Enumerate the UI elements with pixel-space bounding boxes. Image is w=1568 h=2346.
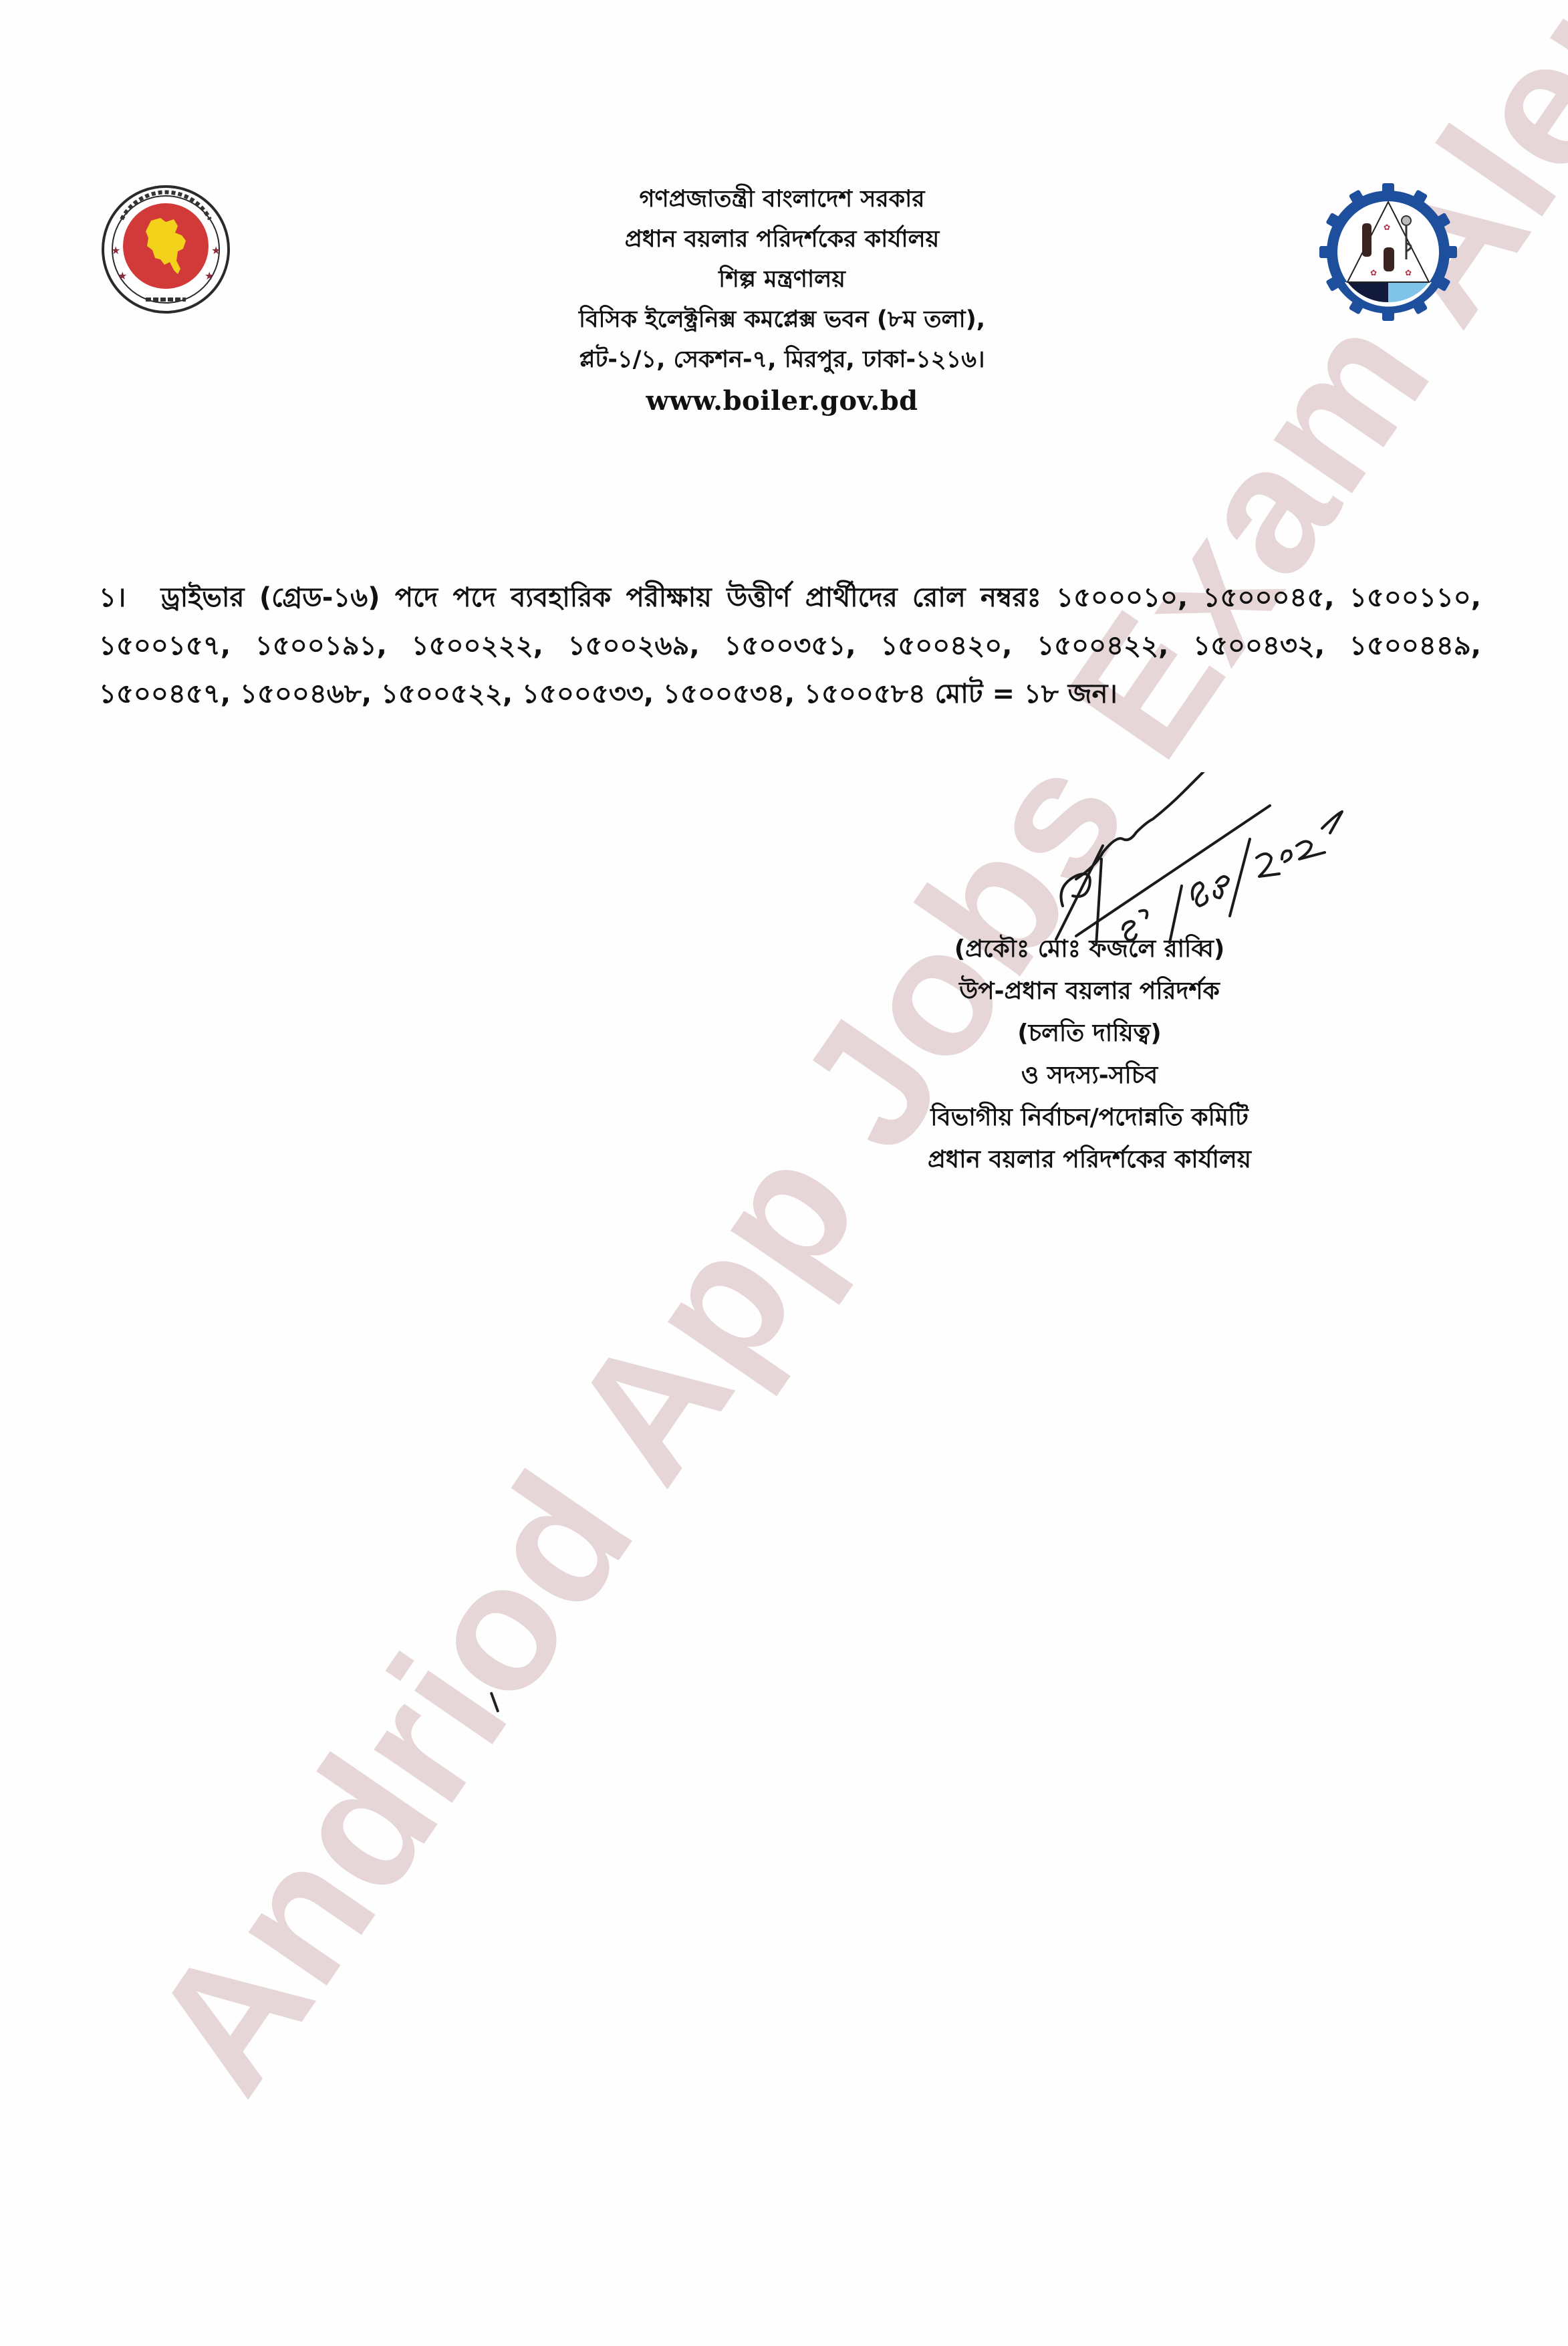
svg-text:★: ★	[118, 269, 127, 282]
item-number: ১।	[99, 574, 146, 622]
roll-number: ১৫০০৪২২,	[1037, 630, 1168, 661]
roll-number: ১৫০০৪৬৮,	[240, 679, 372, 709]
watermark: Andriod App Jobs Exam Alert	[112, 248, 1488, 2125]
address-street: প্লট-১/১, সেকশন-৭, মিরপুর, ঢাকা-১২১৬।	[515, 340, 1049, 380]
roll-number: ১৫০০৫৮৪	[804, 679, 926, 709]
roll-number: ১৫০০০৪৫,	[1203, 582, 1335, 613]
roll-number: ১৫০০৫৩৪,	[663, 679, 795, 709]
ministry-name: শিল্প মন্ত্রণালয়	[515, 259, 1049, 300]
total-count: মোট = ১৮ জন।	[935, 679, 1118, 709]
signatory-block: (প্রকৌঃ মোঃ ফজলে রাব্বি) উপ-প্রধান বয়লা…	[882, 928, 1297, 1181]
svg-text:✿: ✿	[1384, 223, 1390, 232]
roll-number: ১৫০০৪৫৭,	[99, 679, 231, 709]
signatory-office: প্রধান বয়লার পরিদর্শকের কার্যালয়	[882, 1139, 1297, 1181]
roll-number: ১৫০০৪২০,	[880, 630, 1012, 661]
signatory-designation: উপ-প্রধান বয়লার পরিদর্শক	[882, 970, 1297, 1012]
roll-number: ১৫০০০১০,	[1056, 582, 1188, 613]
roll-number: ১৫০০৪৪৯,	[1349, 630, 1481, 661]
office-name: প্রধান বয়লার পরিদর্শকের কার্যালয়	[515, 219, 1049, 259]
svg-text:★: ★	[111, 244, 120, 257]
svg-text:✿: ✿	[1370, 268, 1377, 277]
address-building: বিসিক ইলেক্ট্রনিক্স কমপ্লেক্স ভবন (৮ম তল…	[515, 300, 1049, 340]
signatory-role: ও সদস্য-সচিব	[882, 1054, 1297, 1096]
roll-number: ১৫০০২২২,	[412, 630, 543, 661]
svg-text:★: ★	[211, 244, 221, 257]
roll-number: ১৫০০৫৩৩,	[522, 679, 654, 709]
svg-text:✿: ✿	[1405, 268, 1412, 277]
signatory-charge: (চলতি দায়িত্ব)	[882, 1012, 1297, 1054]
roll-number: ১৫০০৩৫১,	[724, 630, 856, 661]
letterhead: গণপ্রজাতন্ত্রী বাংলাদেশ সরকার প্রধান বয়…	[515, 179, 1049, 423]
svg-text:★: ★	[205, 269, 214, 282]
roll-number: ১৫০০৫২২,	[381, 679, 513, 709]
chief-inspector-of-boilers-gear-emblem-icon: ✿ ✿ ✿	[1318, 182, 1458, 322]
handwritten-signature	[1029, 772, 1390, 946]
roll-number: ১৫০০১৯১,	[255, 630, 387, 661]
government-name: গণপ্রজাতন্ত্রী বাংলাদেশ সরকার	[515, 179, 1049, 219]
document-page: Andriod App Jobs Exam Alert ★ ★ ★ ★	[0, 0, 1568, 2346]
roll-number: ১৫০০১১০,	[1349, 582, 1481, 613]
stray-pen-mark	[490, 1691, 500, 1712]
result-paragraph: ১। ড্রাইভার (গ্রেড-১৬) পদে পদে ব্যবহারিক…	[99, 574, 1481, 718]
bangladesh-government-seal-icon: ★ ★ ★ ★	[99, 179, 233, 320]
roll-number: ১৫০০১৫৭,	[99, 630, 231, 661]
signatory-committee: বিভাগীয় নির্বাচন/পদোন্নতি কমিটি	[882, 1096, 1297, 1139]
roll-number: ১৫০০২৬৯,	[568, 630, 700, 661]
roll-number: ১৫০০৪৩২,	[1193, 630, 1325, 661]
result-intro: ড্রাইভার (গ্রেড-১৬) পদে পদে ব্যবহারিক পর…	[160, 582, 1041, 613]
website-link[interactable]: www.boiler.gov.bd	[515, 380, 1049, 423]
